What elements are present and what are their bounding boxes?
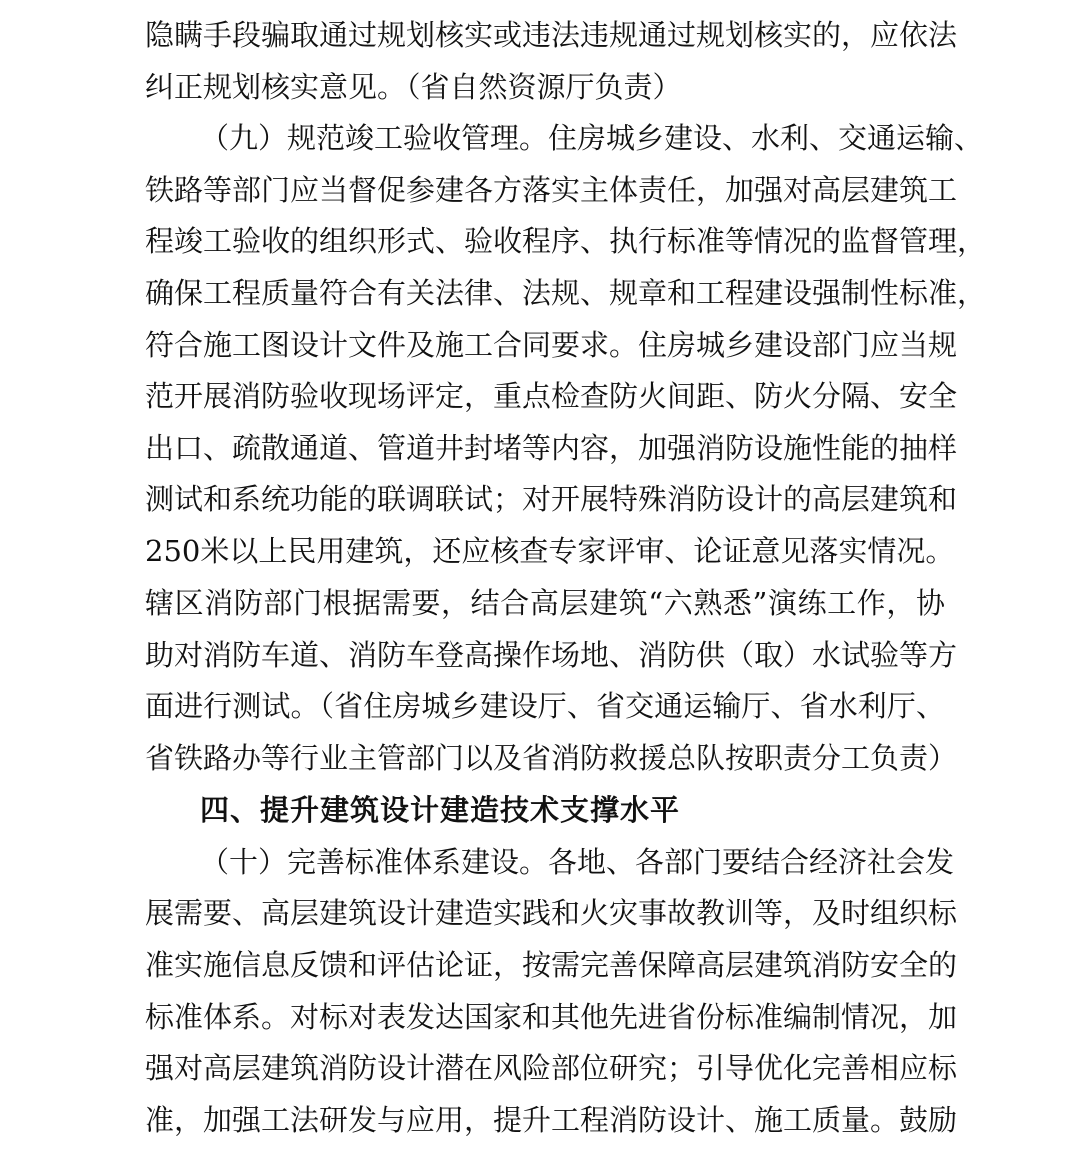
text-line: 出口、疏散通道、管道井封堵等内容，加强消防设施性能的抽样 xyxy=(145,422,945,474)
text-line: 省铁路办等行业主管部门以及省消防救援总队按职责分工负责） xyxy=(145,732,945,784)
text-line: 范开展消防验收现场评定，重点检查防火间距、防火分隔、安全 xyxy=(145,370,945,422)
text-line: 确保工程质量符合有关法律、法规、规章和工程建设强制性标准， xyxy=(145,267,945,319)
text-line: 展需要、高层建筑设计建造实践和火灾事故教训等，及时组织标 xyxy=(145,887,945,939)
section-9-first-line: （九）规范竣工验收管理。住房城乡建设、水利、交通运输、 xyxy=(200,112,945,164)
text-line: 标准体系。对标对表发达国家和其他先进省份标准编制情况，加 xyxy=(145,991,945,1043)
text-line: 准实施信息反馈和评估论证，按需完善保障高层建筑消防安全的 xyxy=(145,939,945,991)
text-line: 面进行测试。（省住房城乡建设厅、省交通运输厅、省水利厅、 xyxy=(145,680,945,732)
text-line: 铁路等部门应当督促参建各方落实主体责任，加强对高层建筑工 xyxy=(145,164,945,216)
text-line: 隐瞒手段骗取通过规划核实或违法违规通过规划核实的，应依法 xyxy=(145,9,945,61)
text-line: 助对消防车道、消防车登高操作场地、消防供（取）水试验等方 xyxy=(145,629,945,681)
document-page: 隐瞒手段骗取通过规划核实或违法违规通过规划核实的，应依法 纠正规划核实意见。（省… xyxy=(0,0,1080,1152)
section-heading-4: 四、提升建筑设计建造技术支撑水平 xyxy=(200,784,945,836)
section-10-first-line: （十）完善标准体系建设。各地、各部门要结合经济社会发 xyxy=(200,836,945,888)
text-line: 程竣工验收的组织形式、验收程序、执行标准等情况的监督管理， xyxy=(145,215,945,267)
text-line: 辖区消防部门根据需要，结合高层建筑“六熟悉”演练工作，协 xyxy=(145,577,945,629)
text-line: 符合施工图设计文件及施工合同要求。住房城乡建设部门应当规 xyxy=(145,319,945,371)
text-line: 准，加强工法研发与应用，提升工程消防设计、施工质量。鼓励 xyxy=(145,1094,945,1146)
text-line: 250米以上民用建筑，还应核查专家评审、论证意见落实情况。 xyxy=(145,525,945,577)
text-line: 测试和系统功能的联调联试；对开展特殊消防设计的高层建筑和 xyxy=(145,473,945,525)
text-line: 纠正规划核实意见。（省自然资源厅负责） xyxy=(145,61,945,113)
text-line: 强对高层建筑消防设计潜在风险部位研究；引导优化完善相应标 xyxy=(145,1042,945,1094)
